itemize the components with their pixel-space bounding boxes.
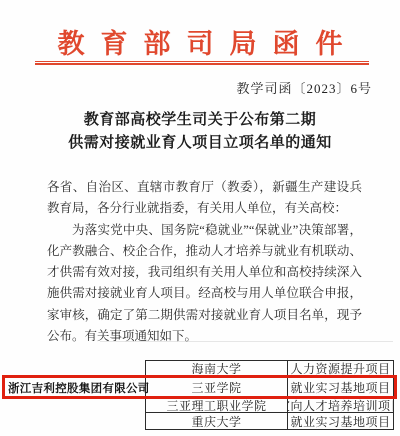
scan-artifact-line	[100, 341, 393, 342]
doc-number: 教学司函〔2023〕6号	[236, 78, 372, 97]
body-line: 教育局，各分行业就指委，有关用人单位，有关高校：	[47, 198, 362, 219]
school-cell: 三亚理工职业学院	[146, 398, 288, 412]
body-line: 化产教融合、校企合作，推动人才培养与就业有机联动、人	[47, 241, 362, 262]
body-line: 各省、自治区、直辖市教育厅（教委），新疆生产建设兵团	[47, 177, 362, 198]
body-line: 家审核，确定了第二期供需对接就业育人项目名单，现予以	[47, 305, 362, 326]
notice-title: 教育部高校学生司关于公布第二期 供需对接就业育人项目立项名单的通知	[0, 109, 400, 155]
body-text: 各省、自治区、直辖市教育厅（教委），新疆生产建设兵团 教育局，各分行业就指委，有…	[47, 177, 362, 347]
body-line: 公布。有关事项通知如下。	[47, 326, 362, 347]
school-cell: 重庆大学	[146, 413, 288, 429]
notice-title-line1: 教育部高校学生司关于公布第二期	[0, 109, 400, 132]
body-line: 施供需对接就业育人项目。经高校与用人单位联合申报，专	[47, 283, 362, 304]
project-cell: 定向人才培养培训项目	[288, 398, 393, 412]
highlight-box	[2, 375, 397, 399]
project-cell: 就业实习基地项目	[288, 413, 393, 429]
rule-thick-line	[35, 63, 369, 65]
school-cell: 海南大学	[146, 361, 288, 376]
table-row: 重庆大学 就业实习基地项目	[146, 413, 393, 429]
table-row: 三亚理工职业学院 定向人才培养培训项目	[146, 398, 393, 413]
letterhead-rule	[35, 61, 369, 65]
notice-title-line2: 供需对接就业育人项目立项名单的通知	[0, 132, 400, 155]
project-cell: 人力资源提升项目	[288, 361, 393, 376]
letterhead-title: 教育部司局函件	[0, 22, 400, 61]
body-line: 才供需有效对接，我司组织有关用人单位和高校持续深入实	[47, 262, 362, 283]
document-page: 教育部司局函件 教学司函〔2023〕6号 教育部高校学生司关于公布第二期 供需对…	[0, 0, 400, 436]
body-line: 为落实党中央、国务院“稳就业”“保就业”决策部署，深	[47, 220, 362, 241]
